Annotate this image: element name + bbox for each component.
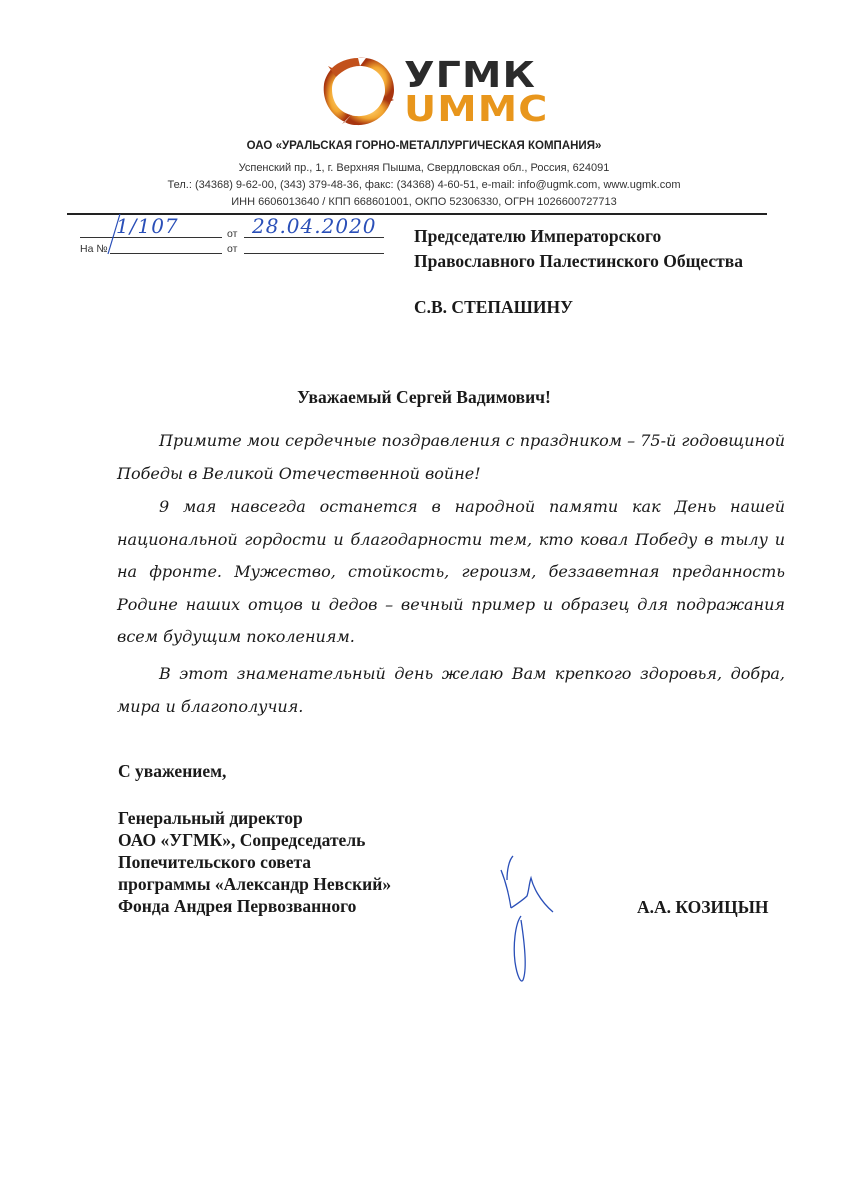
closing-regards: С уважением,	[118, 760, 226, 782]
incoming-from-label: от	[227, 243, 237, 255]
company-name: ОАО «УРАЛЬСКАЯ ГОРНО-МЕТАЛЛУРГИЧЕСКАЯ КО…	[0, 140, 848, 152]
signatory-title-line: программы «Александр Невский»	[118, 873, 391, 895]
handwritten-signature-icon	[495, 850, 575, 990]
addressee-title-line2: Православного Палестинского Общества	[414, 251, 743, 272]
paragraph-text: Примите мои сердечные поздравления с пра…	[117, 425, 785, 490]
swirl-emblem-icon	[318, 52, 398, 130]
incoming-date-line	[244, 253, 384, 254]
signatory-title-line: Генеральный директор	[118, 807, 391, 829]
addressee-title-line1: Председателю Императорского	[414, 226, 661, 247]
letter-paragraph-1: Примите мои сердечные поздравления с пра…	[117, 425, 785, 490]
outgoing-date-line	[244, 237, 384, 238]
addressee-name: С.В. СТЕПАШИНУ	[414, 297, 573, 318]
company-contacts: Тел.: (34368) 9-62-00, (343) 379-48-36, …	[0, 179, 848, 191]
letter-paragraph-3: В этот знаменательный день желаю Вам кре…	[117, 658, 785, 723]
outgoing-date: 28.04.2020	[252, 214, 377, 238]
handwritten-slash-mark	[104, 212, 124, 256]
greeting: Уважаемый Сергей Вадимович!	[0, 387, 848, 408]
signatory-title: Генеральный директор ОАО «УГМК», Сопредс…	[118, 807, 391, 917]
outgoing-from-label: от	[227, 228, 237, 240]
signatory-title-line: Попечительского совета	[118, 851, 391, 873]
paragraph-text: 9 мая навсегда останется в народной памя…	[117, 491, 785, 654]
signatory-title-line: Фонда Андрея Первозванного	[118, 895, 391, 917]
company-address: Успенский пр., 1, г. Верхняя Пышма, Свер…	[0, 162, 848, 174]
signatory-name: А.А. КОЗИЦЫН	[637, 897, 769, 918]
company-logo: УГМК UMMC	[318, 52, 538, 130]
incoming-number-line	[110, 253, 222, 254]
logo-text-en: UMMC	[404, 92, 548, 128]
paragraph-text: В этот знаменательный день желаю Вам кре…	[117, 658, 785, 723]
company-registration: ИНН 6606013640 / КПП 668601001, ОКПО 523…	[0, 196, 848, 208]
letter-paragraph-2: 9 мая навсегда останется в народной памя…	[117, 491, 785, 654]
signatory-title-line: ОАО «УГМК», Сопредседатель	[118, 829, 391, 851]
outgoing-number: 1/107	[116, 214, 179, 238]
outgoing-number-line	[80, 237, 222, 238]
